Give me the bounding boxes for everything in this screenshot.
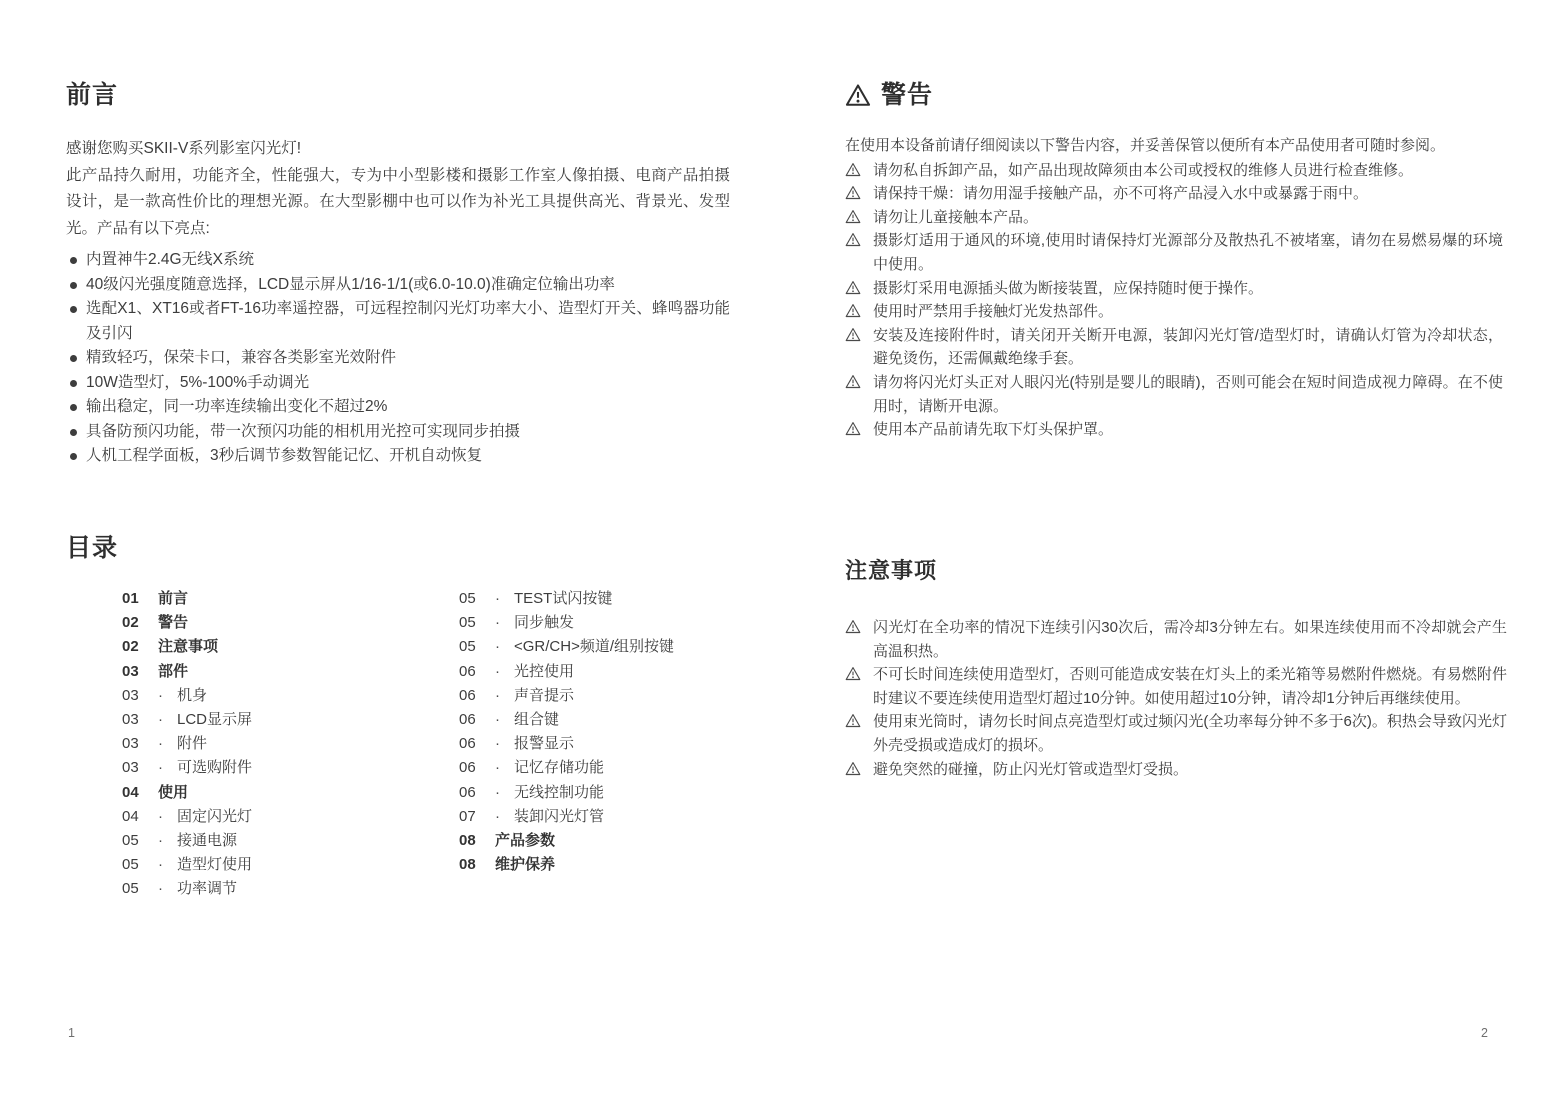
feature-bullet-item: 人机工程学面板，3秒后调节参数智能记忆、开机自动恢复	[66, 444, 730, 469]
toc-entry: 03 · 可选购附件	[122, 756, 403, 780]
warning-list-item: 请勿将闪光灯头正对人眼闪光(特别是婴儿的眼睛)，否则可能会在短时间造成视力障碍。…	[845, 371, 1503, 418]
toc-entry-label: 固定闪光灯	[177, 805, 252, 826]
toc-entry: 03 · 机身	[122, 684, 403, 708]
toc-entry-label: 组合键	[514, 708, 559, 729]
toc-entry-bullet: ·	[158, 856, 177, 873]
toc-entry: 05 · 功率调节	[122, 877, 403, 901]
feature-bullet-item: 选配X1、XT16或者FT-16功率遥控器，可远程控制闪光灯功率大小、造型灯开关…	[66, 297, 730, 346]
toc-entry-label: 附件	[177, 732, 207, 753]
toc-entry-page-number: 03	[122, 663, 158, 680]
toc-entry-page-number: 04	[122, 808, 158, 825]
feature-bullet-item: 40级闪光强度随意选择，LCD显示屏从1/16-1/1(或6.0-10.0)准确…	[66, 273, 730, 298]
toc-entry-label: 报警显示	[514, 732, 574, 753]
toc-entry-label: 产品参数	[495, 829, 555, 850]
toc-entry: 08 · 产品参数	[459, 829, 674, 853]
warning-triangle-icon	[845, 418, 873, 442]
warning-triangle-icon	[845, 300, 873, 324]
toc-section: 目录 01 · 前言 02 · 警告 02 · 注意事项 03 · 部件 03 …	[66, 533, 756, 901]
toc-entry-label: <GR/CH>频道/组别按键	[514, 635, 674, 656]
warning-title-row: 警告	[845, 80, 1503, 110]
toc-entry: 07 · 装卸闪光灯管	[459, 805, 674, 829]
warning-section: 警告 在使用本设备前请仔细阅读以下警告内容，并妥善保管以便所有本产品使用者可随时…	[845, 80, 1503, 442]
toc-entry: 05 · 同步触发	[459, 611, 674, 635]
warning-item-text: 请保持干燥：请勿用湿手接触产品，亦不可将产品浸入水中或暴露于雨中。	[873, 182, 1503, 206]
warning-item-text: 请勿将闪光灯头正对人眼闪光(特别是婴儿的眼睛)，否则可能会在短时间造成视力障碍。…	[873, 371, 1503, 418]
warning-item-text: 使用束光筒时，请勿长时间点亮造型灯或过频闪光(全功率每分钟不多于6次)。积热会导…	[873, 710, 1507, 757]
toc-entry-label: 无线控制功能	[514, 781, 604, 802]
page-number-left: 1	[68, 1026, 75, 1040]
warning-intro: 在使用本设备前请仔细阅读以下警告内容，并妥善保管以便所有本产品使用者可随时参阅。	[845, 134, 1503, 158]
toc-entry: 01 · 前言	[122, 587, 403, 611]
toc-entry-bullet: ·	[158, 711, 177, 728]
warning-list-item: 请勿让儿童接触本产品。	[845, 206, 1503, 230]
feature-bullet-item: 精致轻巧，保荣卡口，兼容各类影室光效附件	[66, 346, 730, 371]
toc-entry: 06 · 无线控制功能	[459, 781, 674, 805]
toc-entry-bullet: ·	[495, 711, 514, 728]
warning-triangle-icon	[845, 182, 873, 206]
toc-entry-page-number: 06	[459, 759, 495, 776]
toc-column-2: 05 · TEST试闪按键 05 · 同步触发 05 · <GR/CH>频道/组…	[403, 587, 674, 901]
toc-entry-page-number: 06	[459, 663, 495, 680]
toc-entry-page-number: 06	[459, 784, 495, 801]
toc-entry-label: 使用	[158, 781, 188, 802]
toc-entry-page-number: 05	[122, 832, 158, 849]
page-number-right: 2	[1481, 1026, 1488, 1040]
toc-entry: 04 · 使用	[122, 781, 403, 805]
warning-triangle-icon	[845, 159, 873, 183]
toc-entry-label: 声音提示	[514, 684, 574, 705]
warning-triangle-icon	[845, 229, 873, 276]
warning-item-text: 使用本产品前请先取下灯头保护罩。	[873, 418, 1503, 442]
toc-entry: 06 · 报警显示	[459, 732, 674, 756]
feature-bullet-text: 输出稳定，同一功率连续输出变化不超过2%	[86, 398, 387, 415]
warning-list-item: 使用本产品前请先取下灯头保护罩。	[845, 418, 1503, 442]
toc-entry-page-number: 05	[459, 638, 495, 655]
toc-entry-bullet: ·	[158, 687, 177, 704]
toc-entry-bullet: ·	[158, 735, 177, 752]
toc-title: 目录	[66, 533, 756, 563]
toc-entry-label: 记忆存储功能	[514, 756, 604, 777]
feature-bullet-item: 具备防预闪功能，带一次预闪功能的相机用光控可实现同步拍摄	[66, 420, 730, 445]
toc-entry-bullet: ·	[158, 832, 177, 849]
toc-entry: 08 · 维护保养	[459, 853, 674, 877]
toc-entry-page-number: 02	[122, 638, 158, 655]
notes-list: 闪光灯在全功率的情况下连续引闪30次后，需冷却3分钟左右。如果连续使用而不冷却就…	[845, 616, 1507, 781]
feature-bullet-text: 人机工程学面板，3秒后调节参数智能记忆、开机自动恢复	[86, 447, 482, 464]
feature-bullet-item: 10W造型灯，5%-100%手动调光	[66, 371, 730, 396]
toc-entry: 02 · 注意事项	[122, 635, 403, 659]
toc-entry-bullet: ·	[158, 759, 177, 776]
warning-list-item: 摄影灯采用电源插头做为断接装置，应保持随时便于操作。	[845, 277, 1503, 301]
toc-entry-page-number: 03	[122, 759, 158, 776]
warning-item-text: 摄影灯采用电源插头做为断接装置，应保持随时便于操作。	[873, 277, 1503, 301]
feature-bullet-item: 输出稳定，同一功率连续输出变化不超过2%	[66, 395, 730, 420]
toc-entry-bullet: ·	[495, 663, 514, 680]
foreword-section: 前言 感谢您购买SKII-V系列影室闪光灯! 此产品持久耐用，功能齐全，性能强大…	[66, 80, 730, 469]
warning-triangle-icon	[845, 710, 873, 757]
warning-list-item: 请勿私自拆卸产品，如产品出现故障须由本公司或授权的维修人员进行检查维修。	[845, 159, 1503, 183]
feature-bullet-item: 内置神牛2.4G无线X系统	[66, 248, 730, 273]
toc-entry-page-number: 08	[459, 856, 495, 873]
toc-entry-label: 装卸闪光灯管	[514, 805, 604, 826]
warning-list: 请勿私自拆卸产品，如产品出现故障须由本公司或授权的维修人员进行检查维修。 请保持…	[845, 159, 1503, 442]
toc-columns: 01 · 前言 02 · 警告 02 · 注意事项 03 · 部件 03 · 机…	[66, 587, 756, 901]
toc-entry-label: 机身	[177, 684, 207, 705]
toc-entry: 06 · 声音提示	[459, 684, 674, 708]
toc-entry-page-number: 06	[459, 711, 495, 728]
toc-entry-label: 光控使用	[514, 660, 574, 681]
warning-list-item: 避免突然的碰撞，防止闪光灯管或造型灯受损。	[845, 758, 1507, 782]
warning-triangle-icon	[845, 663, 873, 710]
toc-entry-label: 部件	[158, 660, 188, 681]
toc-entry: 05 · <GR/CH>频道/组别按键	[459, 635, 674, 659]
toc-entry-label: 接通电源	[177, 829, 237, 850]
warning-item-text: 闪光灯在全功率的情况下连续引闪30次后，需冷却3分钟左右。如果连续使用而不冷却就…	[873, 616, 1507, 663]
warning-list-item: 摄影灯适用于通风的环境,使用时请保持灯光源部分及散热孔不被堵塞，请勿在易燃易爆的…	[845, 229, 1503, 276]
toc-entry-page-number: 04	[122, 784, 158, 801]
toc-entry-label: TEST试闪按键	[514, 587, 612, 608]
toc-entry-bullet: ·	[158, 808, 177, 825]
toc-entry-label: 维护保养	[495, 853, 555, 874]
toc-entry-label: 造型灯使用	[177, 853, 252, 874]
warning-list-item: 请保持干燥：请勿用湿手接触产品，亦不可将产品浸入水中或暴露于雨中。	[845, 182, 1503, 206]
toc-entry-label: 功率调节	[177, 877, 237, 898]
toc-entry-page-number: 05	[122, 880, 158, 897]
toc-entry-page-number: 06	[459, 687, 495, 704]
toc-entry: 05 · TEST试闪按键	[459, 587, 674, 611]
toc-entry-page-number: 05	[459, 614, 495, 631]
toc-entry: 05 · 造型灯使用	[122, 853, 403, 877]
toc-entry: 06 · 记忆存储功能	[459, 756, 674, 780]
toc-entry: 05 · 接通电源	[122, 829, 403, 853]
warning-triangle-icon	[845, 83, 871, 107]
feature-bullet-text: 精致轻巧，保荣卡口，兼容各类影室光效附件	[86, 349, 396, 366]
toc-entry-page-number: 07	[459, 808, 495, 825]
warning-item-text: 请勿私自拆卸产品，如产品出现故障须由本公司或授权的维修人员进行检查维修。	[873, 159, 1503, 183]
toc-entry-page-number: 03	[122, 735, 158, 752]
feature-bullet-text: 选配X1、XT16或者FT-16功率遥控器，可远程控制闪光灯功率大小、造型灯开关…	[86, 300, 730, 342]
toc-entry-label: 警告	[158, 611, 188, 632]
toc-entry-bullet: ·	[495, 638, 514, 655]
feature-bullet-text: 内置神牛2.4G无线X系统	[86, 251, 254, 268]
warning-item-text: 摄影灯适用于通风的环境,使用时请保持灯光源部分及散热孔不被堵塞，请勿在易燃易爆的…	[873, 229, 1503, 276]
warning-item-text: 使用时严禁用手接触灯光发热部件。	[873, 300, 1503, 324]
toc-entry: 06 · 组合键	[459, 708, 674, 732]
toc-entry-bullet: ·	[495, 808, 514, 825]
toc-entry-bullet: ·	[495, 590, 514, 607]
warning-item-text: 不可长时间连续使用造型灯，否则可能造成安装在灯头上的柔光箱等易燃附件燃烧。有易燃…	[873, 663, 1507, 710]
warning-title: 警告	[881, 80, 933, 110]
warning-list-item: 不可长时间连续使用造型灯，否则可能造成安装在灯头上的柔光箱等易燃附件燃烧。有易燃…	[845, 663, 1507, 710]
toc-entry-bullet: ·	[495, 614, 514, 631]
toc-entry-label: 注意事项	[158, 635, 218, 656]
warning-item-text: 请勿让儿童接触本产品。	[873, 206, 1503, 230]
toc-entry-label: LCD显示屏	[177, 708, 252, 729]
toc-entry-bullet: ·	[495, 759, 514, 776]
toc-entry-bullet: ·	[495, 784, 514, 801]
toc-entry-page-number: 08	[459, 832, 495, 849]
foreword-title: 前言	[66, 80, 730, 110]
toc-entry-page-number: 06	[459, 735, 495, 752]
toc-entry-page-number: 02	[122, 614, 158, 631]
toc-entry-label: 前言	[158, 587, 188, 608]
foreword-intro-line: 感谢您购买SKII-V系列影室闪光灯!	[66, 136, 730, 163]
warning-item-text: 避免突然的碰撞，防止闪光灯管或造型灯受损。	[873, 758, 1507, 782]
precautions-title: 注意事项	[845, 556, 1507, 586]
toc-entry-page-number: 05	[459, 590, 495, 607]
toc-entry-bullet: ·	[158, 880, 177, 897]
feature-bullet-text: 10W造型灯，5%-100%手动调光	[86, 374, 309, 391]
toc-entry-bullet: ·	[495, 687, 514, 704]
warning-list-item: 使用束光筒时，请勿长时间点亮造型灯或过频闪光(全功率每分钟不多于6次)。积热会导…	[845, 710, 1507, 757]
toc-entry-page-number: 05	[122, 856, 158, 873]
warning-list-item: 安装及连接附件时，请关闭开关断开电源，装卸闪光灯管/造型灯时，请确认灯管为冷却状…	[845, 324, 1503, 371]
toc-entry: 03 · LCD显示屏	[122, 708, 403, 732]
warning-triangle-icon	[845, 277, 873, 301]
toc-entry: 03 · 部件	[122, 660, 403, 684]
warning-list-item: 闪光灯在全功率的情况下连续引闪30次后，需冷却3分钟左右。如果连续使用而不冷却就…	[845, 616, 1507, 663]
warning-item-text: 安装及连接附件时，请关闭开关断开电源，装卸闪光灯管/造型灯时，请确认灯管为冷却状…	[873, 324, 1503, 371]
warning-list-item: 使用时严禁用手接触灯光发热部件。	[845, 300, 1503, 324]
foreword-intro-paragraph: 此产品持久耐用，功能齐全，性能强大，专为中小型影楼和摄影工作室人像拍摄、电商产品…	[66, 163, 730, 243]
precautions-section: 注意事项 闪光灯在全功率的情况下连续引闪30次后，需冷却3分钟左右。如果连续使用…	[845, 556, 1507, 781]
toc-entry: 04 · 固定闪光灯	[122, 805, 403, 829]
warning-triangle-icon	[845, 206, 873, 230]
toc-column-1: 01 · 前言 02 · 警告 02 · 注意事项 03 · 部件 03 · 机…	[66, 587, 403, 901]
warning-triangle-icon	[845, 371, 873, 418]
toc-entry-page-number: 03	[122, 687, 158, 704]
toc-entry-page-number: 01	[122, 590, 158, 607]
toc-entry: 03 · 附件	[122, 732, 403, 756]
toc-entry-page-number: 03	[122, 711, 158, 728]
toc-entry-label: 可选购附件	[177, 756, 252, 777]
toc-entry: 02 · 警告	[122, 611, 403, 635]
warning-triangle-icon	[845, 324, 873, 371]
toc-entry-label: 同步触发	[514, 611, 574, 632]
warning-triangle-icon	[845, 758, 873, 782]
feature-list: 内置神牛2.4G无线X系统 40级闪光强度随意选择，LCD显示屏从1/16-1/…	[66, 248, 730, 469]
toc-entry-bullet: ·	[495, 735, 514, 752]
warning-triangle-icon	[845, 616, 873, 663]
toc-entry: 06 · 光控使用	[459, 660, 674, 684]
feature-bullet-text: 40级闪光强度随意选择，LCD显示屏从1/16-1/1(或6.0-10.0)准确…	[86, 276, 615, 293]
feature-bullet-text: 具备防预闪功能，带一次预闪功能的相机用光控可实现同步拍摄	[86, 423, 520, 440]
